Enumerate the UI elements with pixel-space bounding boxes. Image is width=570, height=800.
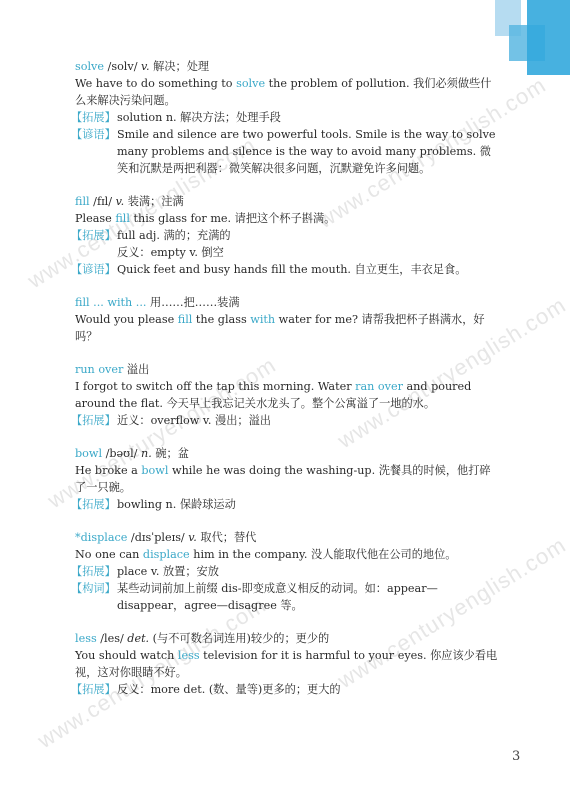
note-extension: 【拓展】反义：more det. (数、量等)更多的；更大的 (75, 681, 498, 698)
entry-heading: solve /solv/ v. 解决；处理 (75, 58, 498, 75)
pronunciation: /les/ (97, 632, 128, 645)
pronunciation: /fɪl/ (90, 195, 116, 208)
tag-label: 【拓展】 (71, 496, 117, 513)
note-text: solution n. 解决方法；处理手段 (117, 109, 498, 126)
note-text: Quick feet and busy hands fill the mouth… (117, 261, 498, 278)
vocabulary-list: solve /solv/ v. 解决；处理 We have to do some… (75, 58, 498, 714)
meaning: (与不可数名词连用)较少的；更少的 (149, 632, 329, 645)
meaning: 用……把……装满 (146, 296, 239, 309)
headword: bowl (75, 447, 102, 460)
meaning: 解决；处理 (150, 60, 210, 73)
example-highlight: less (178, 649, 200, 662)
entry-run-over: run over 溢出 I forgot to switch off the t… (75, 361, 498, 429)
note-text: 反义：more det. (数、量等)更多的；更大的 (117, 681, 498, 698)
tag-label: 【拓展】 (71, 563, 117, 580)
example-sentence: Please fill this glass for me. 请把这个杯子斟满。 (75, 210, 498, 227)
entry-heading: run over 溢出 (75, 361, 498, 378)
example-sentence: Would you please fill the glass with wat… (75, 311, 498, 345)
entry-heading: bowl /bəʊl/ n. 碗；盆 (75, 445, 498, 462)
example-sentence: I forgot to switch off the tap this morn… (75, 378, 498, 412)
note-text: place v. 放置；安放 (117, 563, 498, 580)
note-proverb: 【谚语】Quick feet and busy hands fill the m… (75, 261, 498, 278)
example-text: him in the company. 没人能取代他在公司的地位。 (190, 548, 457, 561)
tag-label: 【拓展】 (71, 412, 117, 429)
example-text: He broke a (75, 464, 141, 477)
example-text: this glass for me. 请把这个杯子斟满。 (130, 212, 335, 225)
tag-label: 【构词】 (71, 580, 117, 614)
tag-label: 【拓展】 (71, 227, 117, 261)
example-highlight: with (250, 313, 275, 326)
headword: run over (75, 363, 123, 376)
example-highlight: ran over (355, 380, 403, 393)
example-sentence: You should watch less television for it … (75, 647, 498, 681)
entry-less: less /les/ det. (与不可数名词连用)较少的；更少的 You sh… (75, 630, 498, 698)
example-highlight: fill (178, 313, 193, 326)
meaning: 碗；盆 (152, 447, 189, 460)
entry-bowl: bowl /bəʊl/ n. 碗；盆 He broke a bowl while… (75, 445, 498, 513)
note-extension: 【拓展】bowling n. 保龄球运动 (75, 496, 498, 513)
note-text: 某些动词前加上前缀 dis-即变成意义相反的动词。如：appear—disapp… (117, 580, 498, 614)
tag-label: 【谚语】 (71, 261, 117, 278)
headword: less (75, 632, 97, 645)
note-word-formation: 【构词】某些动词前加上前缀 dis-即变成意义相反的动词。如：appear—di… (75, 580, 498, 614)
part-of-speech: det. (127, 632, 149, 645)
note-text: bowling n. 保龄球运动 (117, 496, 498, 513)
pronunciation: /dɪsˈpleɪs/ (127, 531, 188, 544)
example-text: Please (75, 212, 115, 225)
example-sentence: No one can displace him in the company. … (75, 546, 498, 563)
example-text: I forgot to switch off the tap this morn… (75, 380, 355, 393)
entry-heading: *displace /dɪsˈpleɪs/ v. 取代；替代 (75, 529, 498, 546)
example-highlight: fill (115, 212, 130, 225)
example-highlight: displace (143, 548, 190, 561)
tag-label: 【谚语】 (71, 126, 117, 177)
note-proverb: 【谚语】Smile and silence are two powerful t… (75, 126, 498, 177)
part-of-speech: n. (141, 447, 152, 460)
entry-heading: fill ... with ... 用……把……装满 (75, 294, 498, 311)
headword: fill ... with ... (75, 296, 146, 309)
example-text: No one can (75, 548, 143, 561)
example-text: the glass (192, 313, 250, 326)
example-highlight: bowl (141, 464, 168, 477)
page-number: 3 (512, 749, 520, 764)
tag-label: 【拓展】 (71, 109, 117, 126)
note-text: full adj. 满的；充满的反义：empty v. 倒空 (117, 227, 498, 261)
note-extension: 【拓展】近义：overflow v. 漫出；溢出 (75, 412, 498, 429)
example-sentence: He broke a bowl while he was doing the w… (75, 462, 498, 496)
entry-solve: solve /solv/ v. 解决；处理 We have to do some… (75, 58, 498, 177)
meaning: 装满；注满 (124, 195, 184, 208)
entry-fill: fill /fɪl/ v. 装满；注满 Please fill this gla… (75, 193, 498, 278)
part-of-speech: v. (188, 531, 197, 544)
example-highlight: solve (236, 77, 265, 90)
note-extension: 【拓展】solution n. 解决方法；处理手段 (75, 109, 498, 126)
entry-fill-with: fill ... with ... 用……把……装满 Would you ple… (75, 294, 498, 345)
entry-displace: *displace /dɪsˈpleɪs/ v. 取代；替代 No one ca… (75, 529, 498, 614)
note-text: Smile and silence are two powerful tools… (117, 126, 498, 177)
pronunciation: /solv/ (104, 60, 141, 73)
note-extension: 【拓展】full adj. 满的；充满的反义：empty v. 倒空 (75, 227, 498, 261)
part-of-speech: v. (141, 60, 150, 73)
corner-decoration-dark (527, 0, 570, 75)
headword: fill (75, 195, 90, 208)
meaning: 溢出 (123, 363, 149, 376)
entry-heading: fill /fɪl/ v. 装满；注满 (75, 193, 498, 210)
headword: *displace (75, 531, 127, 544)
entry-heading: less /les/ det. (与不可数名词连用)较少的；更少的 (75, 630, 498, 647)
example-sentence: We have to do something to solve the pro… (75, 75, 498, 109)
meaning: 取代；替代 (197, 531, 257, 544)
tag-label: 【拓展】 (71, 681, 117, 698)
example-text: We have to do something to (75, 77, 236, 90)
headword: solve (75, 60, 104, 73)
example-text: You should watch (75, 649, 178, 662)
note-extension: 【拓展】place v. 放置；安放 (75, 563, 498, 580)
pronunciation: /bəʊl/ (102, 447, 141, 460)
part-of-speech: v. (116, 195, 125, 208)
note-line: full adj. 满的；充满的 (117, 227, 498, 244)
note-line: 反义：empty v. 倒空 (117, 244, 498, 261)
note-text: 近义：overflow v. 漫出；溢出 (117, 412, 498, 429)
example-text: Would you please (75, 313, 178, 326)
